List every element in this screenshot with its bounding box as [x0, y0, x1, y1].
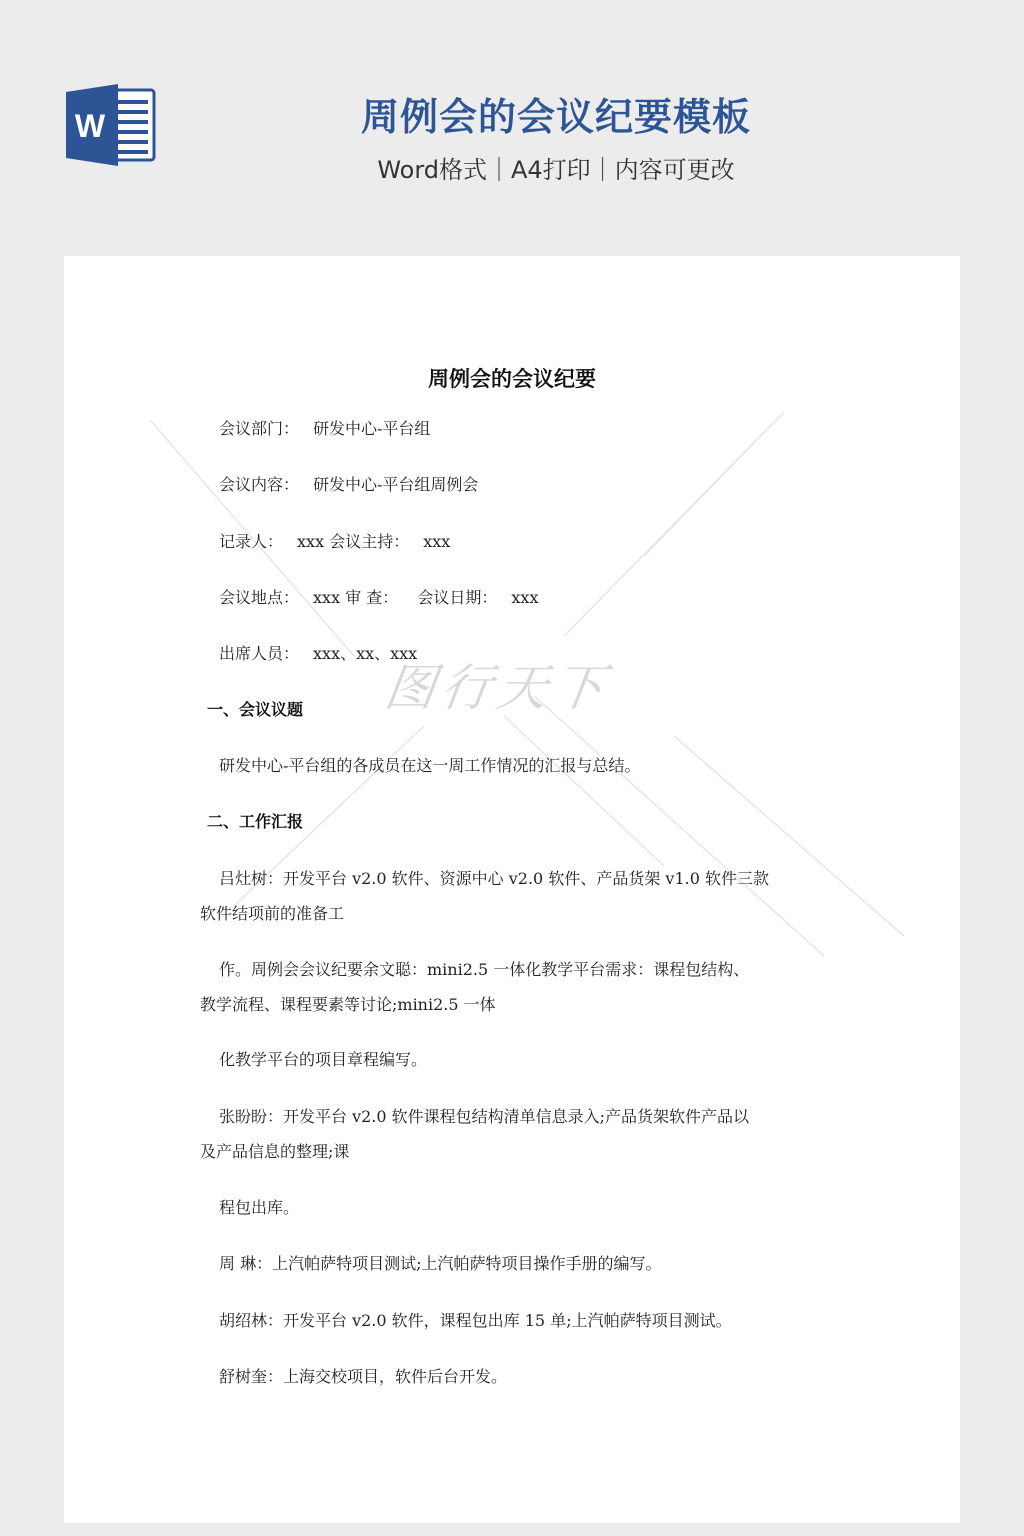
department-value: 研发中心-平台组: [313, 419, 430, 438]
word-document-icon: W: [64, 82, 156, 166]
recorder-label: 记录人：: [219, 532, 283, 551]
meta-content: 会议内容：研发中心-平台组周例会: [219, 473, 478, 497]
report-line: 教学流程、课程要素等讨论;mini2.5 一体: [200, 993, 496, 1017]
report-line: 舒树奎：上海交校项目，软件后台开发。: [219, 1365, 507, 1389]
page-header: W 周例会的会议纪要模板 Word格式｜A4打印｜内容可更改: [0, 0, 1024, 256]
host-value: xxx: [423, 532, 450, 551]
section-heading-agenda: 一、会议议题: [207, 698, 303, 722]
report-line: 作。周例会会议纪要余文聪：mini2.5 一体化教学平台需求：课程包结构、: [219, 958, 749, 982]
date-value: xxx: [511, 588, 538, 607]
report-line: 程包出库。: [219, 1196, 299, 1220]
attendees-label: 出席人员：: [219, 644, 299, 663]
section-heading-work-report: 二、工作汇报: [207, 810, 303, 834]
report-line: 及产品信息的整理;课: [200, 1140, 349, 1164]
report-line: 软件结项前的准备工: [200, 902, 344, 926]
page-subtitle: Word格式｜A4打印｜内容可更改: [300, 152, 812, 188]
location-value: xxx: [313, 588, 340, 607]
recorder-value: xxx: [297, 532, 324, 551]
report-line: 胡绍林：开发平台 v2.0 软件，课程包出库 15 单;上汽帕萨特项目测试。: [219, 1309, 732, 1333]
review-label: 审 查：: [345, 588, 398, 607]
meta-attendees: 出席人员：xxx、xx、xxx: [219, 642, 417, 666]
report-line: 张盼盼：开发平台 v2.0 软件课程包结构清单信息录入;产品货架软件产品以: [219, 1105, 749, 1129]
meta-recorder-host: 记录人：xxx 会议主持：xxx: [219, 530, 450, 554]
report-line: 吕灶树：开发平台 v2.0 软件、资源中心 v2.0 软件、产品货架 v1.0 …: [219, 867, 769, 891]
location-label: 会议地点：: [219, 588, 299, 607]
meta-department: 会议部门：研发中心-平台组: [219, 417, 430, 441]
department-label: 会议部门：: [219, 419, 299, 438]
content-label: 会议内容：: [219, 475, 299, 494]
document-title: 周例会的会议纪要: [64, 364, 960, 394]
report-line: 周 琳：上汽帕萨特项目测试;上汽帕萨特项目操作手册的编写。: [219, 1252, 661, 1276]
agenda-text: 研发中心-平台组的各成员在这一周工作情况的汇报与总结。: [219, 754, 640, 778]
host-label: 会议主持：: [329, 532, 409, 551]
document-page: 图行天下 周例会的会议纪要 会议部门：研发中心-平台组 会议内容：研发中心-平台…: [64, 256, 960, 1523]
svg-text:W: W: [75, 108, 106, 144]
date-label: 会议日期：: [417, 588, 497, 607]
meta-location-review-date: 会议地点：xxx 审 查： 会议日期：xxx: [219, 586, 538, 610]
content-value: 研发中心-平台组周例会: [313, 475, 478, 494]
report-line: 化教学平台的项目章程编写。: [219, 1048, 427, 1072]
attendees-value: xxx、xx、xxx: [313, 644, 417, 663]
document-body: 周例会的会议纪要 会议部门：研发中心-平台组 会议内容：研发中心-平台组周例会 …: [64, 256, 960, 1523]
page-title: 周例会的会议纪要模板: [300, 92, 812, 142]
